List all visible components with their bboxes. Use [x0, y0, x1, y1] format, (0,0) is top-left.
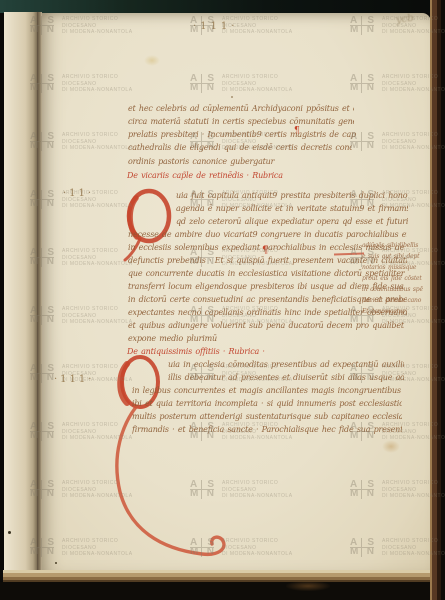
ink-speck — [8, 531, 11, 534]
paper-stain — [286, 581, 330, 591]
page-number-top-center: ·111· — [193, 21, 238, 32]
margin-gloss-line: Et canonicatur — [362, 307, 430, 316]
paper-stain — [382, 440, 400, 453]
manuscript-line: ibi et quia territoria incompleta · si q… — [132, 398, 402, 410]
manuscript-line: circa materiā statuti in certis speciebu… — [128, 116, 354, 128]
manuscript-line: prelatis presbiteri · Incumbentib9 certi… — [128, 129, 356, 141]
photo-bottom-border — [0, 582, 445, 600]
margin-gloss-line: fidei et deinde cano — [362, 296, 430, 305]
manuscript-line: cathedralis die eligendi qui de eisdē ce… — [128, 142, 352, 154]
margin-gloss-line: adiūgēs sibi libellis — [362, 241, 430, 250]
margin-mark-upper: ·11· — [63, 188, 94, 199]
margin-gloss-line: notarios missisque — [362, 263, 430, 272]
rubric-heading: De vicariis cap̃le de retinēdis · Rubric… — [127, 170, 317, 182]
margin-mark-lower: ·111· — [54, 374, 94, 385]
manuscript-line: illis debeantur ad presentes et diuiserū… — [168, 372, 404, 384]
manuscript-line: in legibus concurrentes et magis ancilla… — [132, 385, 402, 397]
manuscript-line: uia fuit capitula antiquit9 prestita pre… — [176, 190, 408, 202]
manuscript-line: firmandis · et beneficia sancte · Paroch… — [132, 424, 402, 436]
manuscript-line: et hec celebris ad cūplementū Archidyaco… — [128, 103, 354, 115]
manuscript-line: agenda ē nuper sollicite et in veritate … — [176, 203, 408, 215]
manuscript-line: et quibus adiungere voluerint sub pena d… — [128, 320, 407, 332]
margin-gloss-line: e suis aut sibi dept̃ — [362, 252, 430, 261]
facing-page-edge — [4, 12, 37, 574]
paper-stain — [144, 55, 160, 66]
photo-top-border — [0, 0, 445, 13]
manuscript-line: expone medio plurimū — [128, 333, 273, 345]
photo-right-border — [430, 0, 445, 600]
manuscript-line: ordinis pastoris canonice gubergatur — [128, 156, 288, 168]
red-paragraph-mark: ¶ — [294, 126, 300, 136]
manuscript-line: uia in ecclesia cōmoditas presentibus ad… — [168, 359, 404, 371]
margin-gloss-line: prout eis fidē cōstet — [362, 274, 430, 283]
ink-speck — [231, 96, 233, 98]
manuscript-line: qd zelo ceterorū alique expediatur opera… — [176, 216, 408, 228]
margin-gloss-line: in cōuentualibus spē — [362, 285, 430, 294]
red-paragraph-mark: ¶ — [262, 245, 268, 256]
manuscript-line: multis posterum attenderigi sustentaturi… — [132, 411, 402, 423]
ink-speck — [55, 562, 57, 564]
manuscript-photo: ycb ·111· ·11· ·111· et hec celebris ad … — [0, 0, 445, 600]
manuscript-line: necesse de ambire duo vicariat9 congruer… — [128, 229, 407, 241]
